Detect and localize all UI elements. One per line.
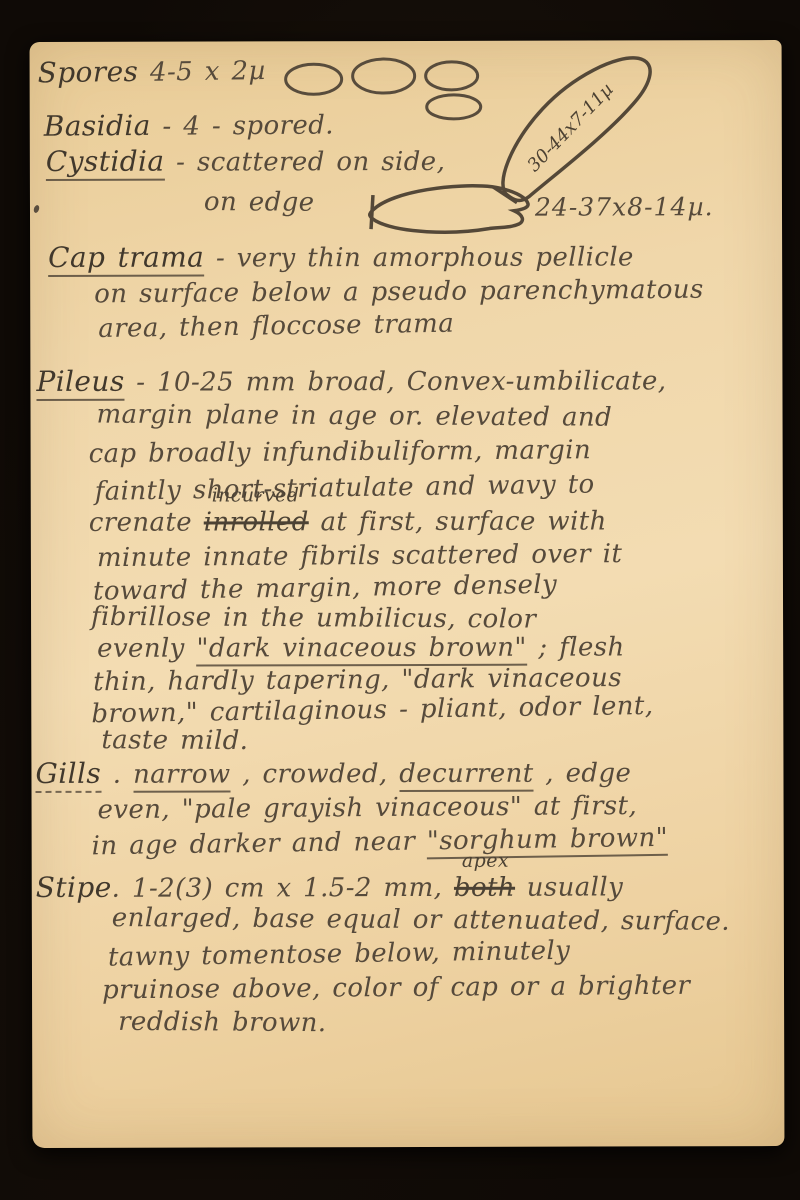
basidia-line: Basidia - 4 - spored.	[44, 110, 334, 140]
section-label-stipe: Stipe	[36, 871, 112, 904]
pileus-line-5: crenate inrolled incurved at first, surf…	[89, 508, 607, 535]
pileus-line-11: brown," cartilaginous - pliant, odor len…	[91, 693, 653, 727]
stipe-text: . 1-2(3) cm x 1.5-2 mm,	[112, 873, 443, 904]
pileus-line-1: Pileus - 10-25 mm broad, Convex-umbilica…	[36, 366, 666, 396]
stipe-line-4: pruinose above, color of cap or a bright…	[102, 973, 690, 1004]
stipe-text: usually	[527, 872, 624, 902]
gills-line-2: even, "pale grayish vinaceous" at first,	[97, 793, 637, 823]
pileus-line-10: thin, hardly tapering, "dark vinaceous	[93, 665, 622, 695]
note-card: Spores 4-5 x 2µ Basidia - 4 - spored. Cy…	[30, 40, 785, 1148]
section-label-gills: Gills	[35, 757, 101, 793]
gills-text: in age darker and near	[91, 827, 415, 862]
stipe-line-3: tawny tomentose below, minutely	[108, 938, 571, 971]
pileus-line-3: cap broadly infundibuliform, margin	[89, 437, 592, 467]
gills-text: , edge	[545, 758, 631, 788]
gills-text: .	[113, 760, 122, 790]
gills-term-underlined: narrow	[133, 759, 231, 792]
cystidia-on-edge-text: on edge	[204, 187, 315, 218]
section-label-pileus: Pileus	[36, 365, 124, 401]
cystidium-side-sketch	[360, 177, 542, 251]
gills-term-underlined: decurrent	[399, 759, 533, 792]
struck-word: inrolled	[204, 507, 309, 537]
cap-trama-line-3: area, then floccose trama	[98, 311, 454, 342]
cystidia-line-2: on edge	[204, 189, 315, 216]
cystidium-outline	[370, 186, 528, 233]
pileus-text: at first, surface with	[320, 506, 606, 537]
correction: inrolled incurved	[204, 507, 321, 537]
cystidium-side-measurement: 24-37x8-14µ.	[535, 192, 714, 221]
pileus-line-9: evenly "dark vinaceous brown" ; flesh	[97, 634, 625, 661]
stipe-line-2: enlarged, base equal or attenuated, surf…	[112, 905, 730, 935]
correction: both apex	[454, 873, 527, 903]
inserted-word: apex	[462, 852, 509, 871]
pileus-line-4: faintly short-striatulate and wavy to	[95, 471, 595, 504]
pileus-text: ; flesh	[538, 632, 624, 662]
stipe-line-5: reddish brown.	[118, 1009, 327, 1036]
cystidia-line: Cystidia - scattered on side,	[46, 147, 445, 176]
pileus-line-2: margin plane in age or. elevated and	[96, 402, 612, 431]
gills-line-3: in age darker and near "sorghum brown"	[91, 825, 668, 860]
color-term-underlined: "dark vinaceous brown"	[196, 633, 526, 667]
inserted-word: incurved	[212, 486, 300, 505]
pileus-line-6: minute innate fibrils scattered over it	[97, 541, 623, 571]
photo-background: { "colors":{"background":"#0f0a06","card…	[0, 0, 800, 1200]
pileus-line-7: toward the margin, more densely	[93, 572, 557, 605]
cap-trama-line-2: on surface below a pseudo parenchymatous	[94, 277, 704, 308]
section-label-spores: Spores	[37, 55, 138, 89]
cystidia-text: - scattered on side,	[176, 147, 445, 178]
pileus-text: crenate	[89, 508, 192, 538]
section-label-cap-trama: Cap trama	[48, 241, 204, 277]
cap-trama-line-1: Cap trama - very thin amorphous pellicle	[48, 242, 634, 272]
section-label-basidia: Basidia	[44, 109, 151, 143]
stipe-line-1: Stipe. 1-2(3) cm x 1.5-2 mm, both apex u…	[36, 872, 623, 902]
spores-measurement: 4-5 x 2µ	[150, 56, 266, 88]
section-label-cystidia: Cystidia	[46, 145, 165, 181]
gills-line-1: Gills . narrow , crowded, decurrent , ed…	[35, 758, 631, 788]
cap-trama-text: - very thin amorphous pellicle	[216, 242, 634, 273]
struck-word: both	[454, 873, 515, 903]
pileus-line-8: fibrillose in the umbilicus, color	[91, 604, 536, 633]
pileus-text: evenly	[97, 634, 185, 664]
spores-line: Spores 4-5 x 2µ	[37, 56, 265, 87]
gills-text: , crowded,	[242, 759, 387, 789]
pileus-text: - 10-25 mm broad, Convex-umbilicate,	[136, 366, 666, 397]
basidia-text: - 4 - spored.	[162, 110, 334, 141]
ink-speck	[33, 204, 40, 213]
pileus-line-12: taste mild.	[101, 727, 248, 754]
